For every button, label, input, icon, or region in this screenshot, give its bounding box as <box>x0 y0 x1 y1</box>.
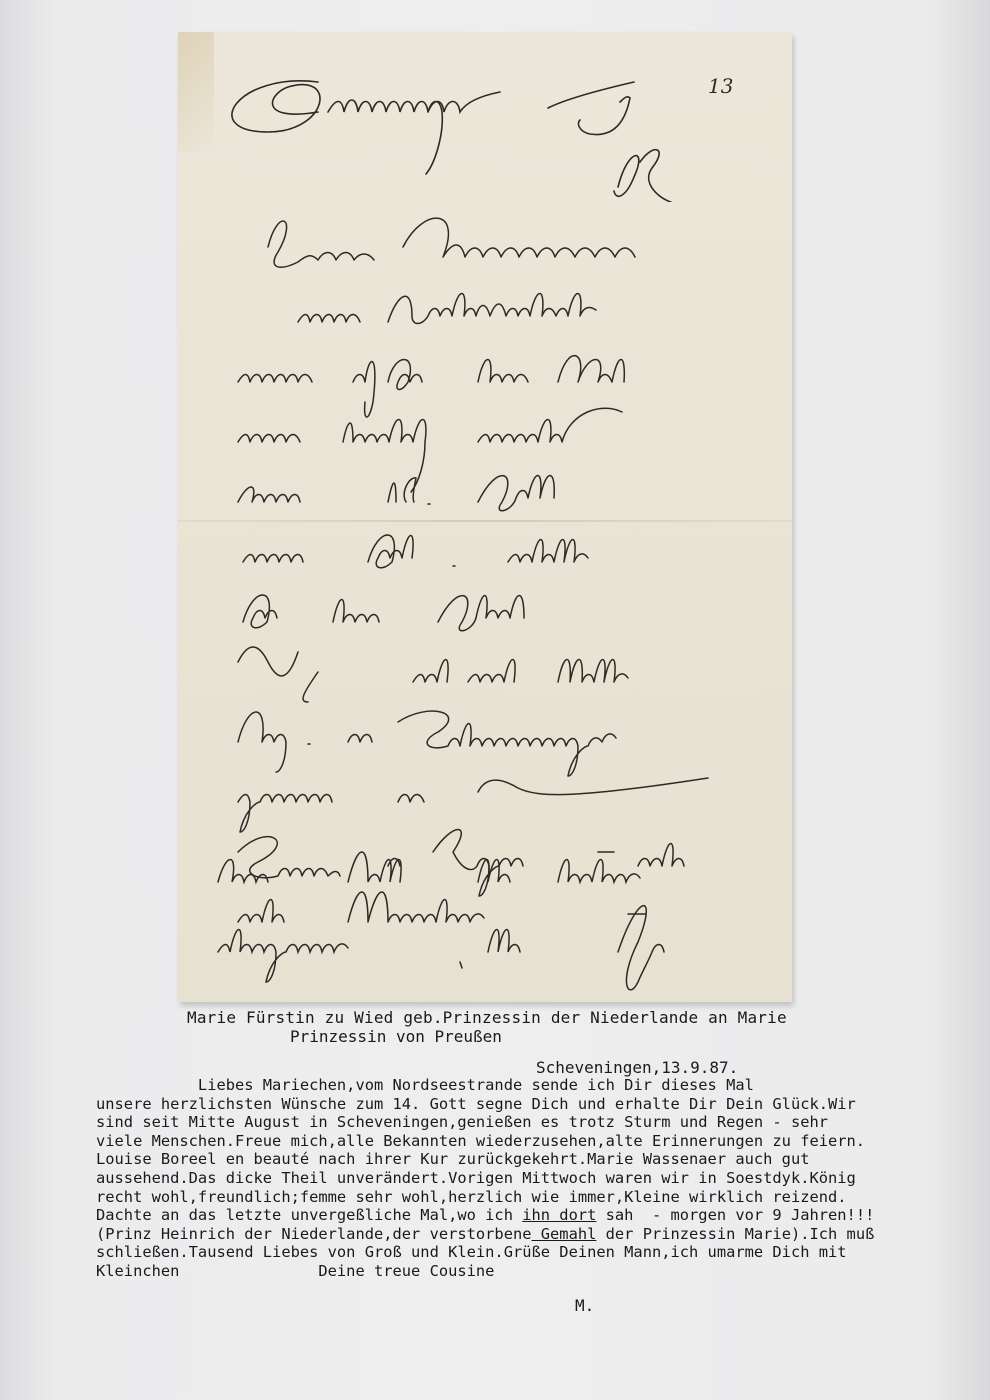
line-text: Dachte an das letzte unvergeßliche Mal,w… <box>96 1206 522 1224</box>
transcription-line: aussehend.Das dicke Theil unverändert.Vo… <box>96 1169 916 1188</box>
line-text: der Prinzessin Marie).Ich muß <box>596 1225 874 1243</box>
transcription-line: unsere herzlichsten Wünsche zum 14. Gott… <box>96 1095 916 1114</box>
caption-title: Marie Fürstin zu Wied geb.Prinzessin der… <box>187 1008 990 1027</box>
line-text: (Prinz Heinrich der Niederlande,der vers… <box>96 1225 532 1243</box>
underlined-text: Gemahl <box>532 1225 597 1243</box>
transcription-line: Louise Boreel en beauté nach ihrer Kur z… <box>96 1150 916 1169</box>
handwritten-body-lower <box>178 32 792 1002</box>
transcription-line: (Prinz Heinrich der Niederlande,der vers… <box>96 1225 916 1244</box>
line-text: sah - morgen vor 9 Jahren!!! <box>596 1206 874 1224</box>
transcription-line: Dachte an das letzte unvergeßliche Mal,w… <box>96 1206 916 1225</box>
transcription-date: Scheveningen,13.9.87. <box>536 1058 990 1077</box>
transcription-body: Liebes Mariechen,vom Nordseestrande send… <box>96 1076 916 1281</box>
caption-subtitle: Prinzessin von Preußen <box>290 1027 990 1046</box>
transcription-closing: Kleinchen Deine treue Cousine <box>96 1262 916 1281</box>
signature: M. <box>575 1296 594 1315</box>
underlined-text: ihn dort <box>522 1206 596 1224</box>
transcription-line: schließen.Tausend Liebes von Groß und Kl… <box>96 1243 916 1262</box>
transcription-line: viele Menschen.Freue mich,alle Bekannten… <box>96 1132 916 1151</box>
transcription-line: sind seit Mitte August in Scheveningen,g… <box>96 1113 916 1132</box>
transcription-line: Liebes Mariechen,vom Nordseestrande send… <box>96 1076 916 1095</box>
handwritten-letter: 13 <box>178 32 792 1002</box>
transcription-line: recht wohl,freundlich;femme sehr wohl,he… <box>96 1188 916 1207</box>
